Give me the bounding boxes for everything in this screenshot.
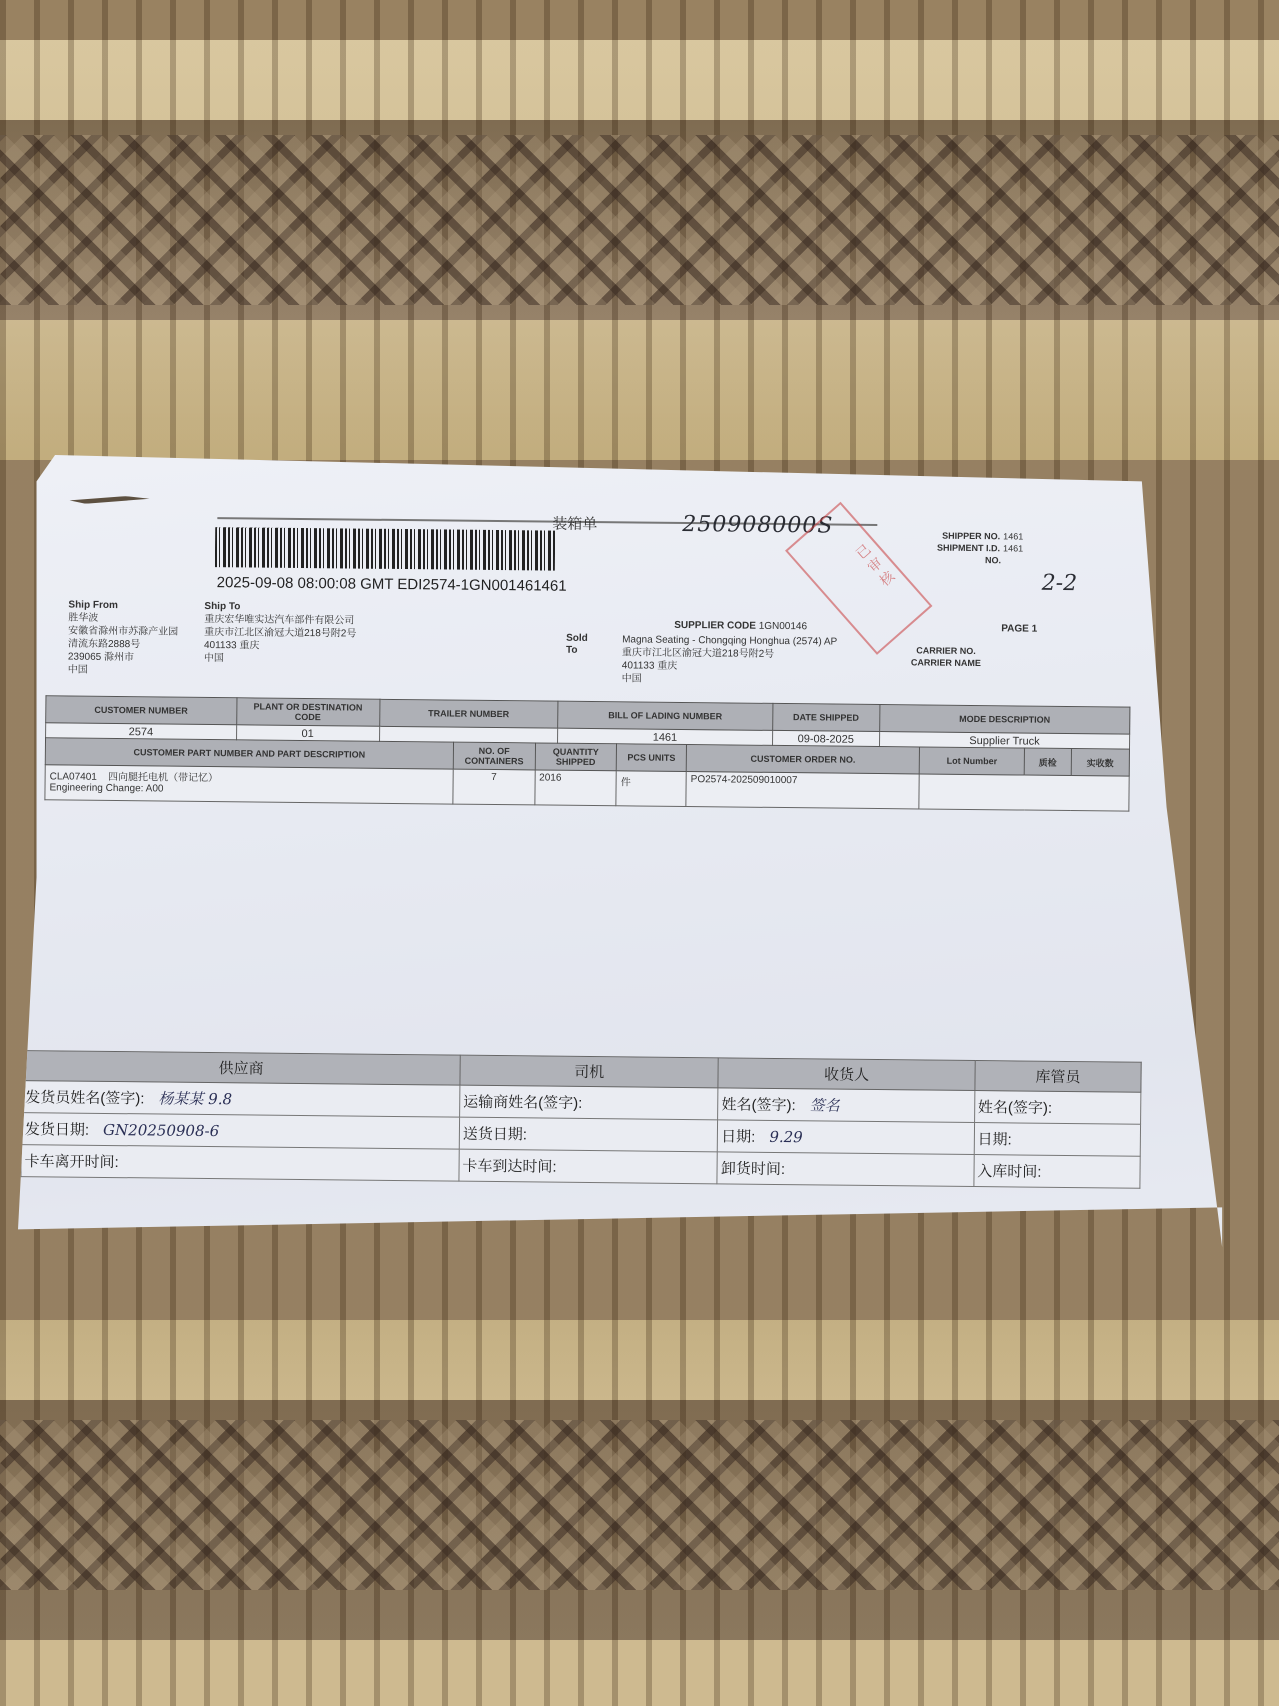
items-table: CUSTOMER PART NUMBER AND PART DESCRIPTIO… [44,737,1130,811]
handwritten-page-note: 2-2 [1042,571,1078,596]
handwritten-signature: 签名 [810,1096,840,1114]
sold-to-address: Magna Seating - Chongqing Honghua (2574)… [622,633,838,687]
shipment-id: 1461 [1003,543,1023,553]
pcs-units: 件 [616,771,686,807]
col-supplier: 供应商 [22,1051,460,1086]
edi-reference: 2025-09-08 08:00:08 GMT EDI2574-1GN00146… [217,574,567,595]
containers: 7 [453,769,535,805]
woven-mat-pattern [0,1420,1279,1590]
ship-to-address: Ship To 重庆宏华唯实达汽车部件有限公司 重庆市江北区渝冠大道218号附2… [204,600,357,667]
page-number: PAGE 1 [1001,623,1037,634]
handwritten-date: 9.29 [769,1128,803,1146]
col-warehouse-keeper: 库管员 [975,1061,1142,1093]
engineering-change: Engineering Change: A00 [49,782,163,794]
handwritten-signature: 杨某某 9.8 [158,1090,232,1109]
supplier-code: SUPPLIER CODE 1GN00146 [674,620,807,632]
document-title: 装箱单 [552,513,597,534]
customer-order-no: PO2574-202509010007 [686,772,919,809]
shipper-no: 1461 [1003,531,1023,541]
barcode [215,527,555,571]
part-cell: CLA07401 四向腿托电机（带记忆） Engineering Change:… [45,765,453,804]
ship-from-address: Ship From 胜华波 安徽省滁州市苏滁产业园 清流东路2888号 2390… [68,599,179,678]
carrier-block: CARRIER NO. CARRIER NAME [911,644,981,669]
col-receiver: 收货人 [718,1058,975,1091]
part-number: CLA07401 [50,771,97,782]
lot-number [919,774,1129,811]
quantity-shipped: 2016 [534,770,616,806]
sold-to-label: SoldTo [566,633,588,657]
signature-table: 供应商 司机 收货人 库管员 发货员姓名(签字):杨某某 9.8 运输商姓名(签… [20,1050,1141,1189]
packing-list-paper: 装箱单 250908000S 已 审 核 2-2 2025-09-08 08:0… [18,455,1253,1335]
paper-tear [69,496,149,505]
col-driver: 司机 [460,1055,719,1088]
woven-mat-pattern [0,135,1279,305]
shipper-block: SHIPPER NO.1461 SHIPMENT I.D.1461 NO. [937,530,1023,567]
handwritten-date: GN20250908-6 [103,1121,219,1140]
